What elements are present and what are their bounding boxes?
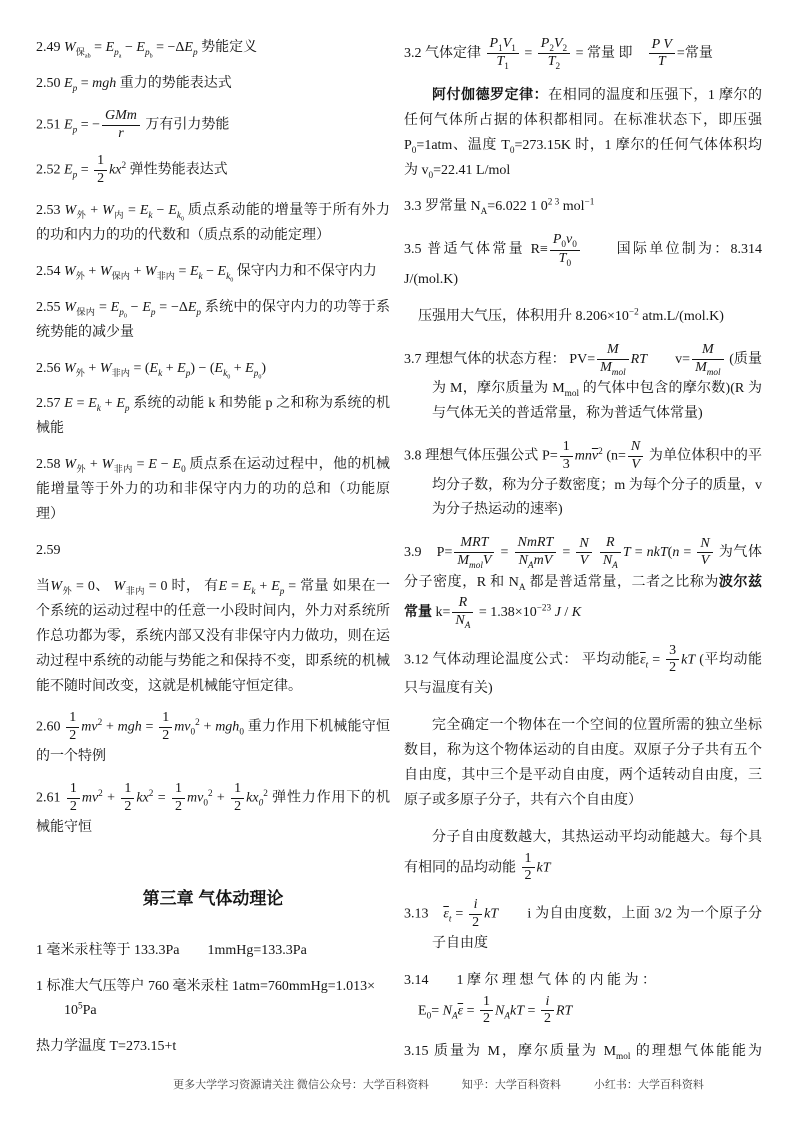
subscript: 2	[563, 43, 568, 53]
subscript: b	[150, 54, 153, 60]
right-column: 3.2 气体定律 P1V1T1 = P2V2T2 = 常量 即 P VT=常量阿…	[404, 36, 762, 1077]
superscript: 2	[263, 788, 268, 798]
math-variable: R	[459, 595, 468, 610]
subscript: A	[465, 620, 471, 630]
math-variable: W	[64, 361, 76, 376]
math-variable: E	[116, 396, 125, 411]
math-variable: W	[64, 264, 76, 279]
math-variable: kx	[246, 790, 258, 805]
math-variable: E	[150, 361, 159, 376]
math-variable: V	[503, 36, 512, 51]
subscript: mol	[616, 1051, 630, 1061]
fraction: MMmol	[597, 342, 629, 377]
math-variable: i	[474, 897, 478, 912]
formula-2.49: 2.49 W保ab = Epa − Epb = −ΔEp 势能定义	[36, 36, 390, 61]
fraction: P2V2T2	[538, 36, 570, 72]
math-variable: N	[443, 1003, 452, 1018]
subscript: k0	[177, 210, 184, 220]
paragraph-mmhg: 1 毫米汞柱等于 133.3Pa 1mmHg=133.3Pa	[36, 939, 390, 964]
formula-2.51: 2.51 Ep = −GMmr 万有引力势能	[36, 108, 390, 143]
math-variable: N	[603, 553, 612, 568]
superscript: 2	[598, 446, 603, 456]
page-footer: 更多大学学习资源请关注 微信公众号：大学百科资料 知乎：大学百科资料 小红书：大…	[0, 1076, 793, 1092]
math-variable: RT	[556, 1003, 572, 1018]
math-variable: NmRT	[518, 535, 554, 550]
math-variable: E	[64, 76, 73, 91]
math-variable: k	[251, 586, 255, 596]
fraction: 12	[67, 781, 80, 816]
paragraph-avogadro-law: 阿付伽德罗定律：在相同的温度和压强下，1 摩尔的任何气体所占据的体积都相同。在标…	[404, 84, 762, 184]
subscript: 非内	[113, 464, 133, 474]
formula-2.55: 2.55 W保内 = Ep0 − Ep = −ΔEp 系统中的保守内力的功等于系…	[36, 296, 390, 346]
math-variable: kT	[484, 907, 498, 922]
math-variable: E	[111, 300, 120, 315]
subscript: p	[73, 83, 78, 93]
math-variable: E	[142, 300, 151, 315]
paragraph-temperature: 热力学温度 T=273.15+t	[36, 1035, 390, 1060]
formula-3.9: 3.9 P=MRTMmolV = NmRTNAmV = NV RNAT = nk…	[404, 535, 762, 630]
subscript: p0	[119, 307, 127, 317]
subscript: t	[646, 659, 649, 669]
math-variable: k	[97, 404, 101, 414]
math-variable: E	[177, 361, 186, 376]
fraction: GMmr	[102, 108, 140, 143]
math-variable: W	[50, 579, 62, 594]
formula-3.5: 3.5 普适气体常量 R≡P0v0T0 国际单位制为：8.314 J/(mol.…	[404, 232, 762, 293]
math-variable: P V	[652, 37, 672, 52]
document-page: 2.49 W保ab = Epa − Epb = −ΔEp 势能定义2.50 Ep…	[0, 0, 793, 1122]
subscript: 保内	[76, 307, 95, 317]
math-variable: kx	[136, 790, 148, 805]
subscript: 0	[191, 727, 196, 737]
subscript: ab	[85, 54, 91, 60]
subscript: k	[97, 404, 101, 414]
subscript: 0	[203, 798, 208, 808]
subscript: A	[519, 582, 526, 592]
fraction: NV	[697, 536, 712, 571]
fraction: NmRTNAmV	[515, 535, 557, 570]
math-variable: N	[579, 536, 588, 551]
subscript: k0	[226, 271, 233, 281]
subscript: p	[280, 586, 285, 596]
math-variable: 0	[259, 798, 264, 808]
math-variable: R	[606, 535, 615, 550]
math-variable: E	[271, 579, 280, 594]
math-variable: E	[219, 579, 228, 594]
formula-3.15: 3.15 质量为 M，摩尔质量为 Mmol 的理想气体能能为	[404, 1040, 762, 1065]
subscript: 0	[429, 170, 434, 180]
math-variable: E	[148, 457, 157, 472]
subscript: p	[125, 404, 130, 414]
formula-2.58: 2.58 W外 + W非内 = E − E0 质点系在运动过程中，他的机械能增量…	[36, 453, 390, 528]
subscript: p	[151, 307, 156, 317]
subscript: 2	[556, 62, 561, 72]
fraction: MMmol	[692, 342, 724, 377]
subscript: t	[449, 914, 452, 924]
math-variable: V	[701, 553, 710, 568]
formula-3.7: 3.7 理想气体的状态方程： PV=MMmolRT v=MMmol (质量为 M…	[404, 342, 762, 427]
math-variable: p	[196, 307, 201, 317]
math-variable: W	[64, 203, 76, 218]
math-variable: p	[193, 47, 198, 57]
math-variable: T	[623, 545, 631, 560]
math-variable: V	[554, 36, 563, 51]
fraction: RNA	[600, 535, 621, 570]
subscript: pb	[145, 47, 153, 57]
fraction: 12	[231, 781, 244, 816]
subscript: mol	[612, 367, 626, 377]
superscript: −1	[585, 197, 595, 207]
subscript: 0	[181, 217, 184, 223]
superscript: 2	[122, 160, 127, 170]
fraction: NV	[628, 439, 643, 474]
fraction: P0v0T0	[550, 232, 580, 268]
formula-2.59: 2.59	[36, 539, 390, 564]
subscript: 0	[124, 314, 127, 320]
bold-text: 阿付伽德罗定律：	[432, 88, 548, 103]
math-variable: E	[245, 361, 254, 376]
math-variable: T	[548, 54, 556, 69]
math-variable: i	[545, 994, 549, 1009]
formula-2.57: 2.57 E = Ek + Ep 系统的动能 k 和势能 p 之和称为系统的机械…	[36, 392, 390, 442]
fraction: 12	[480, 994, 493, 1029]
formula-3.3: 3.3 罗常量 NA=6.022 1 02 3 mol−1	[404, 195, 762, 220]
subscript: 0	[566, 258, 571, 268]
math-variable: r	[118, 126, 123, 141]
subscript: 0	[259, 798, 264, 808]
math-variable: W	[64, 300, 76, 315]
math-variable: ε	[458, 1003, 464, 1018]
subscript: k	[199, 271, 203, 281]
math-variable: E	[88, 396, 97, 411]
subscript: 非内	[125, 586, 145, 596]
math-variable: mv	[82, 790, 98, 805]
fraction: P1V1T1	[487, 36, 519, 72]
math-variable: p	[125, 404, 130, 414]
fraction: 12	[172, 781, 185, 816]
subscript: p	[186, 368, 191, 378]
math-variable: M	[457, 553, 469, 568]
fraction: NV	[576, 536, 591, 571]
math-variable: mgh	[215, 720, 239, 735]
subscript: 保ab	[76, 47, 91, 57]
math-variable: mol	[707, 367, 721, 377]
fraction: 12	[121, 781, 134, 816]
math-variable: k	[148, 210, 152, 220]
math-variable: n	[672, 545, 679, 560]
fraction: 12	[94, 153, 107, 188]
math-variable: E	[64, 163, 73, 178]
math-variable: N	[700, 536, 709, 551]
math-variable: M	[607, 342, 619, 357]
subscript: 0	[510, 145, 515, 155]
math-variable: N	[631, 439, 640, 454]
math-variable: W	[64, 40, 76, 55]
formula-3.8: 3.8 理想气体压强公式 P=13mnv2 (n=NV 为单位体积中的平均分子数…	[404, 439, 762, 523]
math-variable: V	[483, 553, 492, 568]
subscript: 外	[76, 271, 85, 281]
math-variable: RT	[631, 352, 647, 367]
paragraph-gas-constant-units: 压强用大气压，体积用升 8.206×10−2 atm.L/(mol.K)	[404, 305, 762, 330]
math-variable: T	[658, 54, 666, 69]
superscript: −2	[629, 306, 639, 316]
formula-3.14: 3.14 1 摩 尔 理 想 气 体 的 内 能 为 ： E0= NAε = 1…	[404, 969, 762, 1029]
subscript: p	[73, 170, 78, 180]
fraction: P VT	[649, 37, 675, 72]
superscript: 2	[149, 788, 154, 798]
math-variable: E	[190, 264, 199, 279]
fraction: MRTMmolV	[454, 535, 494, 570]
paragraph-atm: 1 标准大气压等户 760 毫米汞柱 1atm=760mmHg=1.013× 1…	[36, 975, 390, 1025]
math-variable: mol	[469, 560, 483, 570]
math-variable: MRT	[460, 535, 488, 550]
math-variable: W	[100, 264, 112, 279]
subscript: 0	[181, 464, 186, 474]
superscript: 2	[98, 717, 103, 727]
subscript: A	[481, 207, 488, 217]
math-variable: M	[695, 360, 707, 375]
math-variable: p	[280, 586, 285, 596]
math-variable: E	[184, 40, 193, 55]
math-variable: kT	[681, 652, 695, 667]
math-variable: mol	[612, 367, 626, 377]
subscript: p	[196, 307, 201, 317]
math-variable: kx	[109, 163, 121, 178]
subscript: 外	[76, 368, 85, 378]
math-variable: nkT	[647, 545, 668, 560]
subscript: a	[119, 54, 122, 60]
math-variable: E	[64, 117, 73, 132]
math-variable: W	[102, 203, 114, 218]
formula-2.52: 2.52 Ep = 12kx2 弹性势能表达式	[36, 153, 390, 188]
fraction: 12	[522, 851, 535, 886]
subscript: 0	[572, 239, 577, 249]
math-variable: p	[73, 170, 78, 180]
formula-2.60: 2.60 12mv2 + mgh = 12mv02 + mgh0 重力作用下机械…	[36, 710, 390, 770]
subscript: p	[193, 47, 198, 57]
paragraph-degrees-of-freedom: 完全确定一个物体在一个空间的位置所需的独立坐标数目，称为这个物体运动的自由度。双…	[404, 714, 762, 814]
fraction: i2	[541, 994, 554, 1029]
math-variable: mv	[187, 790, 203, 805]
formula-2.61: 2.61 12mv2 + 12kx2 = 12mv02 + 12kx02 弹性力…	[36, 781, 390, 841]
math-variable: W	[64, 457, 76, 472]
subscript: 0	[227, 374, 230, 380]
math-variable: t	[449, 914, 452, 924]
math-variable: N	[495, 1003, 504, 1018]
math-variable: p	[186, 368, 191, 378]
math-variable: E	[136, 40, 145, 55]
math-variable: k	[158, 368, 162, 378]
subscript: 外	[62, 586, 72, 596]
subscript: k	[251, 586, 255, 596]
math-variable: N	[519, 553, 528, 568]
math-variable: W	[102, 457, 114, 472]
formula-2.53: 2.53 W外 + W内 = Ek − Ek0 质点系动能的增量等于所有外力的功…	[36, 199, 390, 249]
math-variable: E	[168, 203, 177, 218]
superscript: 2	[208, 788, 213, 798]
subscript: k	[158, 368, 162, 378]
overline-mean: ε	[458, 1003, 464, 1018]
paragraph-average-kinetic-energy: 分子自由度数越大，其热运动平均动能越大。每个具有相同的品均动能 12kT	[404, 826, 762, 886]
subscript: mol	[707, 367, 721, 377]
math-variable: E	[64, 396, 73, 411]
superscript: 5	[78, 1001, 83, 1011]
subscript: 0	[412, 145, 417, 155]
math-variable: M	[702, 342, 714, 357]
math-variable: W	[114, 579, 126, 594]
math-variable: kT	[510, 1003, 524, 1018]
superscript: −23	[537, 603, 551, 613]
subscript: 0	[239, 727, 244, 737]
math-variable: M	[600, 360, 612, 375]
math-variable: mgh	[92, 76, 116, 91]
math-variable: kT	[537, 860, 551, 875]
math-variable: mV	[534, 553, 553, 568]
subscript: 0	[230, 278, 233, 284]
subscript: 0	[427, 1010, 432, 1020]
math-variable: E	[215, 361, 224, 376]
math-variable: GMm	[105, 108, 137, 123]
fraction: 13	[560, 439, 573, 474]
formula-2.56: 2.56 W外 + W非内 = (Ek + Ep) − (Ek0 + Ep0)	[36, 357, 390, 382]
subscript: 1	[504, 62, 509, 72]
math-variable: p	[73, 83, 78, 93]
chapter-heading: 第三章 气体动理论	[36, 884, 390, 914]
superscript: 2	[195, 717, 200, 727]
math-variable: mv	[81, 720, 97, 735]
math-variable: t	[646, 659, 649, 669]
math-variable: A	[465, 620, 471, 630]
paragraph-energy-conservation: 当W外 = 0、 W非内 = 0 时， 有E = Ek + Ep = 常量 如果…	[36, 575, 390, 700]
formula-2.50: 2.50 Ep = mgh 重力的势能表达式	[36, 72, 390, 97]
subscript: 外	[76, 464, 86, 474]
math-variable: P	[490, 36, 499, 51]
fraction: i2	[469, 897, 482, 932]
formula-3.13: 3.13 εt = i2kT i 为自由度数，上面 3/2 为一个原子分子自由度	[404, 897, 762, 957]
superscript: 2	[98, 788, 103, 798]
math-variable: W	[145, 264, 157, 279]
math-variable: E	[218, 264, 227, 279]
fraction: 12	[159, 710, 172, 745]
math-variable: A	[612, 560, 618, 570]
math-variable: E	[106, 40, 115, 55]
subscript: k	[148, 210, 152, 220]
subscript: k0	[223, 368, 230, 378]
superscript: 2 3	[548, 197, 560, 207]
subscript: p0	[254, 368, 262, 378]
fraction: 32	[666, 643, 679, 678]
subscript: 0	[258, 374, 261, 380]
subscript: 保内	[112, 271, 130, 281]
math-variable: k	[199, 271, 203, 281]
math-variable: J	[555, 605, 561, 620]
formula-3.2: 3.2 气体定律 P1V1T1 = P2V2T2 = 常量 即 P VT=常量	[404, 36, 762, 72]
subscript: mol	[565, 388, 579, 398]
fraction: 12	[66, 710, 79, 745]
math-variable: mgh	[118, 720, 142, 735]
math-variable: p	[151, 307, 156, 317]
subscript: 内	[114, 210, 124, 220]
subscript: 非内	[157, 271, 175, 281]
subscript: pa	[114, 47, 121, 57]
subscript: A	[612, 560, 618, 570]
subscript: p	[73, 124, 78, 134]
math-variable: p	[73, 124, 78, 134]
math-variable: mn	[575, 448, 592, 463]
math-variable: V	[631, 457, 640, 472]
math-variable: V	[580, 553, 589, 568]
formula-3.12: 3.12 气体动理论温度公式： 平均动能εt = 32kT (平均动能只与温度有…	[404, 643, 762, 703]
fraction: RNA	[452, 595, 473, 630]
math-variable: mv	[174, 720, 190, 735]
math-variable: N	[455, 613, 464, 628]
subscript: 1	[511, 43, 516, 53]
subscript: 外	[76, 210, 86, 220]
left-column: 2.49 W保ab = Epa − Epb = −ΔEp 势能定义2.50 Ep…	[36, 36, 390, 1071]
math-variable: K	[572, 605, 581, 620]
subscript: 非内	[112, 368, 130, 378]
formula-2.54: 2.54 W外 + W保内 + W非内 = Ek − Ek0 保守内力和不保守内…	[36, 260, 390, 285]
math-variable: E	[173, 457, 182, 472]
math-variable: W	[100, 361, 112, 376]
subscript: mol	[469, 560, 483, 570]
